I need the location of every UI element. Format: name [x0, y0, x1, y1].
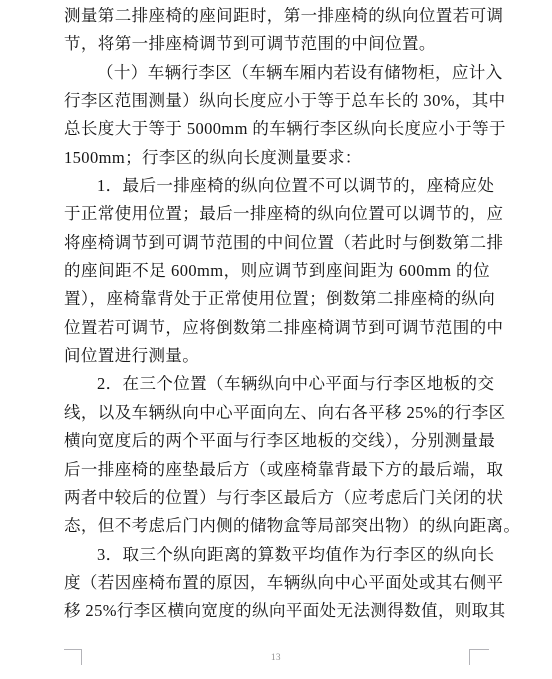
text-line: 线，以及车辆纵向中心平面向左、向右各平移 25%的行李区	[64, 399, 490, 427]
text-line: 横向宽度后的两个平面与行李区地板的交线），分别测量最	[64, 427, 490, 455]
text-line: 于正常使用位置；最后一排座椅的纵向位置可以调节的，应	[64, 200, 490, 228]
text-line: 后一排座椅的座垫最后方（或座椅靠背最下方的最后端，取	[64, 456, 490, 484]
text-line: 态，但不考虑后门内侧的储物盒等局部突出物）的纵向距离。	[64, 512, 490, 540]
text-line: 总长度大于等于 5000mm 的车辆行李区纵向长度应小于等于	[64, 115, 490, 143]
text-line: 3．取三个纵向距离的算数平均值作为行李区的纵向长	[64, 541, 490, 569]
document-page: 测量第二排座椅的座间距时，第一排座椅的纵向位置若可调节，将第一排座椅调节到可调节…	[0, 0, 552, 679]
text-line: （十）车辆行李区（车辆车厢内若设有储物柜，应计入	[64, 59, 490, 87]
text-line: 两者中较后的位置）与行李区最后方（应考虑后门关闭的状	[64, 484, 490, 512]
text-line: 间位置进行测量。	[64, 342, 490, 370]
text-line: 2．在三个位置（车辆纵向中心平面与行李区地板的交	[64, 370, 490, 398]
text-line: 置），座椅靠背处于正常使用位置；倒数第二排座椅的纵向	[64, 285, 490, 313]
text-line: 1500mm；行李区的纵向长度测量要求：	[64, 144, 490, 172]
text-line: 位置若可调节，应将倒数第二排座椅调节到可调节范围的中	[64, 314, 490, 342]
body-text: 测量第二排座椅的座间距时，第一排座椅的纵向位置若可调节，将第一排座椅调节到可调节…	[64, 2, 490, 626]
text-line: 1．最后一排座椅的纵向位置不可以调节的，座椅应处	[64, 172, 490, 200]
text-line: 节，将第一排座椅调节到可调节范围的中间位置。	[64, 30, 490, 58]
text-line: 将座椅调节到可调节范围的中间位置（若此时与倒数第二排	[64, 229, 490, 257]
page-number: 13	[0, 652, 552, 662]
text-line: 度（若因座椅布置的原因，车辆纵向中心平面处或其右侧平	[64, 569, 490, 597]
text-line: 测量第二排座椅的座间距时，第一排座椅的纵向位置若可调	[64, 2, 490, 30]
text-line: 的座间距不足 600mm，则应调节到座间距为 600mm 的位	[64, 257, 490, 285]
text-line: 行李区范围测量）纵向长度应小于等于总车长的 30%，其中	[64, 87, 490, 115]
text-line: 移 25%行李区横向宽度的纵向平面处无法测得数值，则取其	[64, 597, 490, 625]
